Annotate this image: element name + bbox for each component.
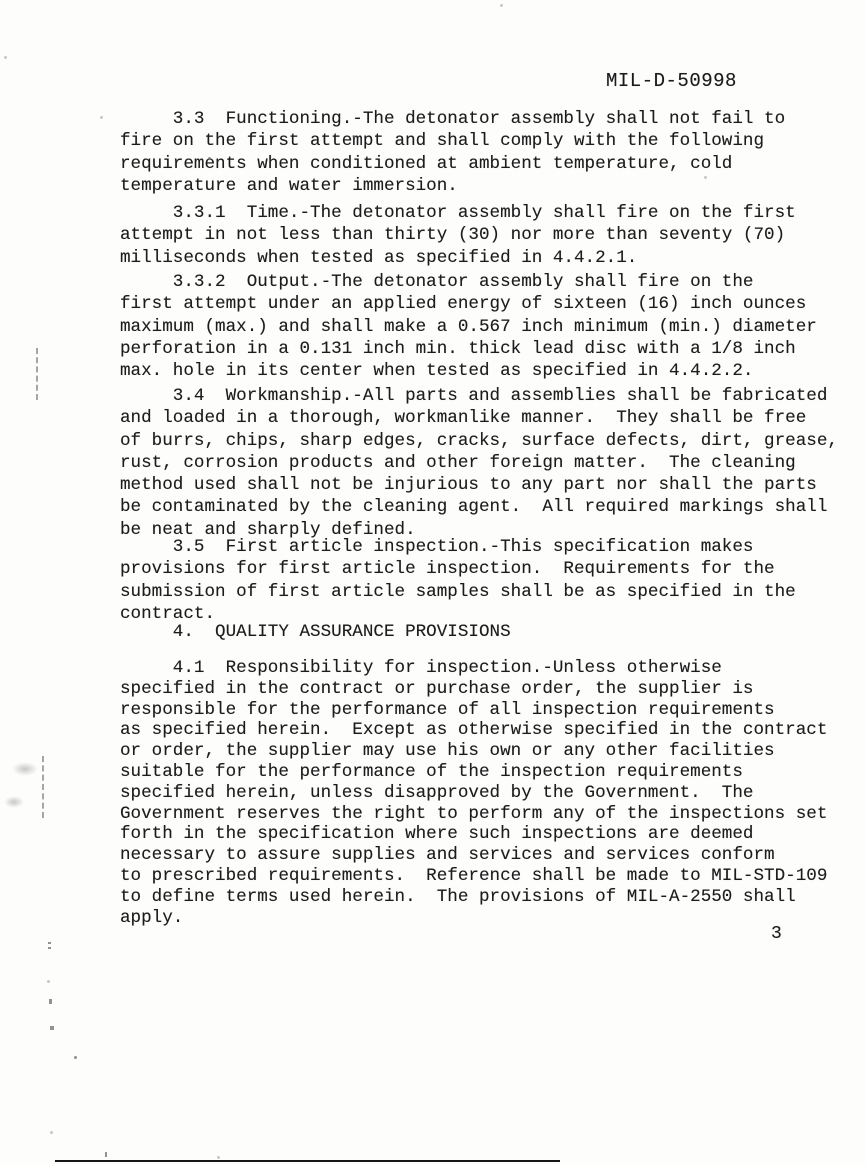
margin-pencil-mark [42,756,44,818]
scan-speck [47,980,50,983]
scan-speck [500,4,503,7]
heading-4-quality-assurance-provisions: 4. QUALITY ASSURANCE PROVISIONS [120,621,511,643]
paragraph-3-5-first-article-inspection: 3.5 First article inspection.-This speci… [120,536,796,625]
scan-speck [48,947,51,949]
scan-smudge [12,762,38,776]
paragraph-4-1-responsibility-for-inspection: 4.1 Responsibility for inspection.-Unles… [120,658,827,928]
scan-smudge [4,796,24,808]
paragraph-3-4-workmanship: 3.4 Workmanship.-All parts and assemblie… [120,385,838,541]
page-number: 3 [771,924,782,944]
scan-speck [50,1131,53,1134]
scan-speck [100,116,103,119]
margin-pencil-mark [36,348,38,400]
paragraph-3-3-functioning: 3.3 Functioning.-The detonator assembly … [120,108,785,197]
scan-speck [105,1152,107,1157]
scan-speck [50,1026,54,1030]
scan-speck [48,942,51,944]
scan-speck [49,999,52,1004]
scan-speck [74,1056,77,1059]
scanned-document-page: MIL-D-50998 3.3 Functioning.-The detonat… [0,0,866,1164]
scan-speck [4,56,7,59]
document-id-header: MIL-D-50998 [606,70,737,92]
scan-edge-line [55,1160,560,1162]
paragraph-3-3-2-output: 3.3.2 Output.-The detonator assembly sha… [120,271,817,382]
paragraph-3-3-1-time: 3.3.1 Time.-The detonator assembly shall… [120,202,796,269]
scan-speck [217,1156,220,1159]
